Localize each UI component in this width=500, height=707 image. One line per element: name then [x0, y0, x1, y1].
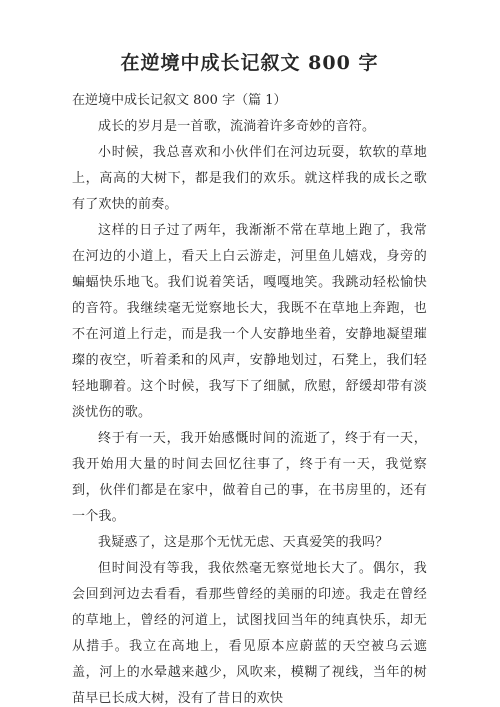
paragraph: 成长的岁月是一首歌，流淌着许多奇妙的音符。 [72, 114, 427, 140]
essay-subtitle: 在逆境中成长记叙文 800 字（篇 1） [72, 88, 427, 114]
essay-body: 成长的岁月是一首歌，流淌着许多奇妙的音符。小时候，我总喜欢和小伙伴们在河边玩耍，… [72, 114, 427, 707]
paragraph: 但时间没有等我，我依然毫无察觉地长大了。偶尔，我会回到河边去看看，看那些曾经的美… [72, 556, 427, 707]
paragraph: 小时候，我总喜欢和小伙伴们在河边玩耍，软软的草地上，高高的大树下，都是我们的欢乐… [72, 140, 427, 218]
paragraph: 这样的日子过了两年，我渐渐不常在草地上跑了，我常在河边的小道上，看天上白云游走，… [72, 218, 427, 426]
paragraph: 我疑惑了，这是那个无忧无虑、天真爱笑的我吗？ [72, 530, 427, 556]
essay-title: 在逆境中成长记叙文 800 字 [72, 48, 427, 78]
paragraph: 终于有一天，我开始感慨时间的流逝了，终于有一天，我开始用大量的时间去回忆往事了，… [72, 426, 427, 530]
document-page: 在逆境中成长记叙文 800 字 在逆境中成长记叙文 800 字（篇 1） 成长的… [0, 0, 500, 707]
